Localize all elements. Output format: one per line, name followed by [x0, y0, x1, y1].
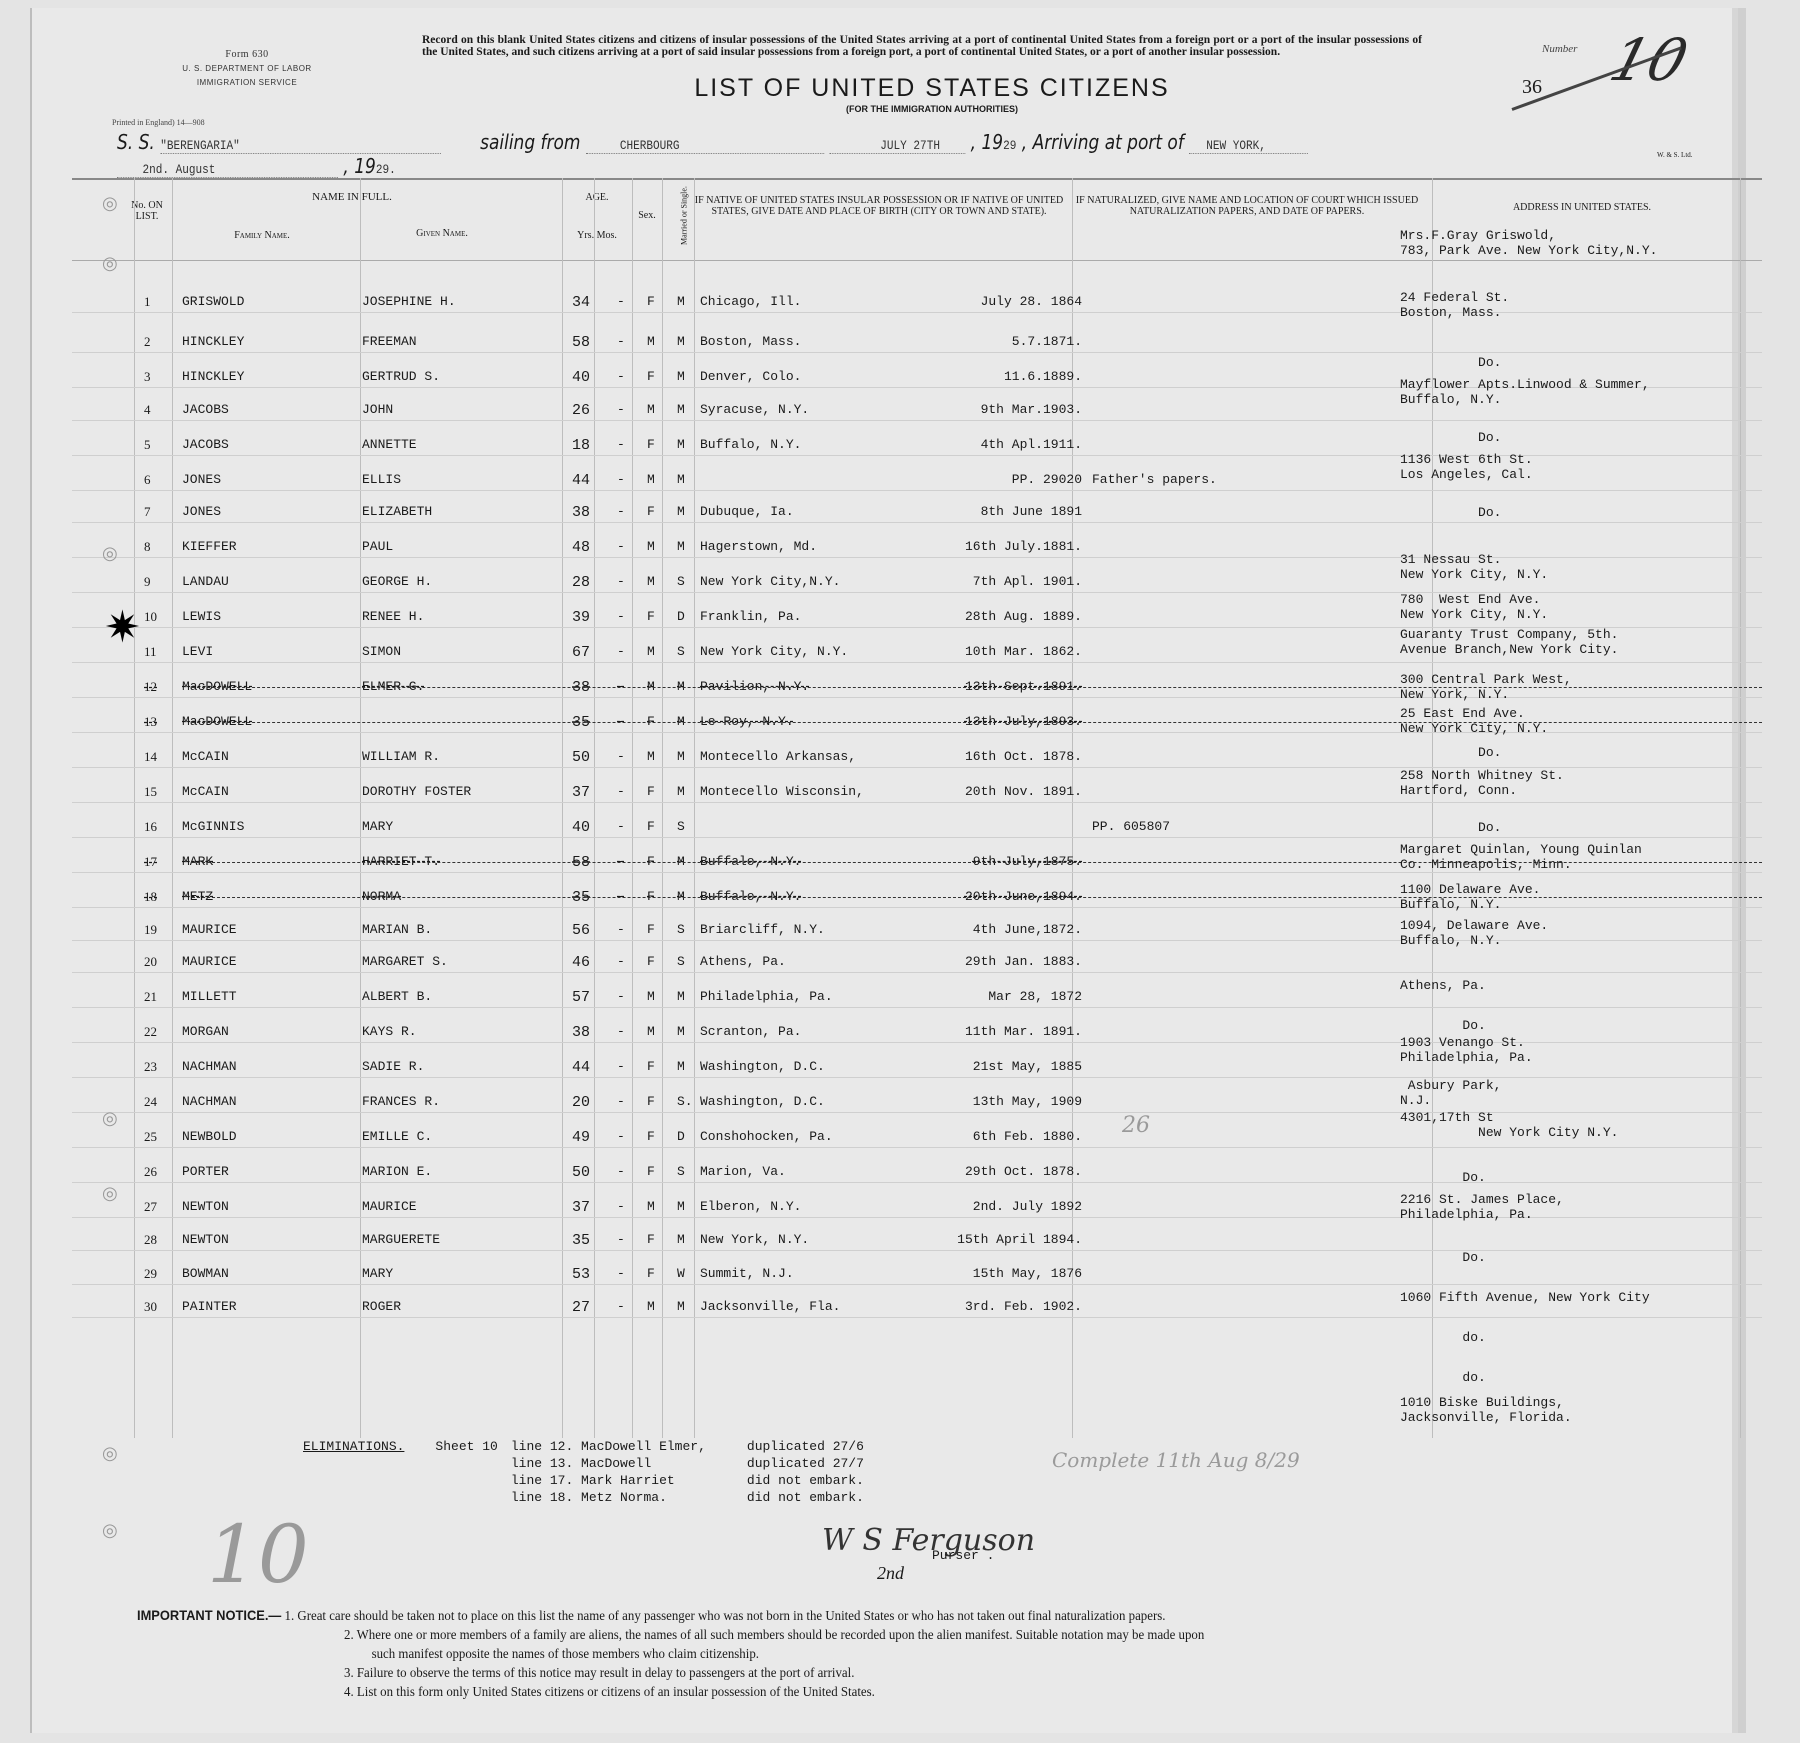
service: IMMIGRATION SERVICE: [132, 76, 362, 90]
row-number: 10: [144, 609, 157, 625]
header-age: AGE.: [562, 192, 632, 203]
family-name: NEWTON: [182, 1232, 229, 1247]
birth-date: 29th Oct. 1878.: [872, 1164, 1082, 1179]
form-instructions: Record on this blank United States citiz…: [422, 34, 1422, 58]
ss-label: S. S.: [117, 130, 155, 154]
marital-status: M: [677, 334, 685, 349]
table-row: 16McGINNISMARY40-FSPP. 605807: [72, 799, 1762, 838]
marital-status: M: [677, 1232, 685, 1247]
family-name: MacDOWELL: [182, 679, 252, 694]
birth-date: July 28. 1864: [872, 294, 1082, 309]
address-entry: 4301,17th St New York City N.Y.: [1400, 1110, 1618, 1140]
birth-place: Montecello Arkansas,: [700, 749, 856, 764]
birth-date: 3rd. Feb. 1902.: [872, 1299, 1082, 1314]
table-row: 24NACHMANFRANCES R.20-FS.Washington, D.C…: [72, 1074, 1762, 1113]
sex: M: [647, 644, 655, 659]
row-number: 14: [144, 749, 157, 765]
birth-date: 8th June 1891: [872, 504, 1082, 519]
address-entry: Do.: [1400, 820, 1501, 835]
age-months: -: [617, 644, 625, 659]
row-number: 21: [144, 989, 157, 1005]
address-entry: 2216 St. James Place, Philadelphia, Pa.: [1400, 1192, 1564, 1222]
elimination-sheet-cell: [434, 1455, 509, 1472]
row-number: 24: [144, 1094, 157, 1110]
eliminations-title: ELIMINATIONS.: [303, 1439, 404, 1454]
birth-place: New York City, N.Y.: [700, 644, 848, 659]
age-months: -: [617, 1299, 625, 1314]
birth-date: 13th July,1893.: [872, 714, 1082, 729]
elimination-note: did not embark.: [746, 1472, 865, 1489]
birth-date: 28th Aug. 1889.: [872, 609, 1082, 624]
year-prefix-2: , 19: [343, 154, 375, 178]
marital-status: M: [677, 784, 685, 799]
marital-status: S: [677, 1164, 685, 1179]
marital-status: M: [677, 437, 685, 452]
notice-item-4: 4. List on this form only United States …: [137, 1683, 1637, 1702]
printed-note: Printed in England) 14—908: [112, 118, 205, 127]
address-entry: Guaranty Trust Company, 5th. Avenue Bran…: [1400, 627, 1618, 657]
sailing-label: sailing from: [480, 130, 580, 154]
birth-place: Hagerstown, Md.: [700, 539, 817, 554]
sex: F: [647, 437, 655, 452]
elimination-title-cell: [302, 1489, 434, 1506]
form-number: Form 630: [132, 48, 362, 62]
sex: F: [647, 714, 655, 729]
row-number: 9: [144, 574, 151, 590]
pencil-note-10: 10: [207, 1508, 309, 1601]
starburst-mark-icon: ✷: [104, 606, 141, 650]
birth-date: 10th Mar. 1862.: [872, 644, 1082, 659]
punch-hole-icon: ◎: [102, 1183, 118, 1204]
address-entry: Athens, Pa.: [1400, 978, 1486, 993]
given-name: WILLIAM R.: [362, 749, 440, 764]
address-entry: 1100 Delaware Ave. Buffalo, N.Y.: [1400, 882, 1540, 912]
manifest-sheet: Form 630 U. S. DEPARTMENT OF LABOR IMMIG…: [30, 8, 1732, 1733]
birth-place: Jacksonville, Fla.: [700, 1299, 840, 1314]
age-months: -: [617, 402, 625, 417]
sex: F: [647, 954, 655, 969]
family-name: PAINTER: [182, 1299, 237, 1314]
notice-label: IMPORTANT NOTICE.—: [137, 1607, 281, 1623]
address-entry: 1903 Venango St. Philadelphia, Pa.: [1400, 1035, 1533, 1065]
birth-place: Syracuse, N.Y.: [700, 402, 809, 417]
family-name: MacDOWELL: [182, 714, 252, 729]
purser-signature: W S Ferguson: [822, 1523, 1035, 1558]
given-name: DOROTHY FOSTER: [362, 784, 471, 799]
age-months: -: [617, 504, 625, 519]
age-months: -: [617, 294, 625, 309]
given-name: ELIZABETH: [362, 504, 432, 519]
year-prefix: , 19: [971, 130, 1003, 154]
marital-status: D: [677, 1129, 685, 1144]
age-months: -: [617, 334, 625, 349]
sex: M: [647, 749, 655, 764]
header-no-on-list: No. ON LIST.: [122, 200, 172, 222]
birth-place: Athens, Pa.: [700, 954, 786, 969]
birth-date: 29th Jan. 1883.: [872, 954, 1082, 969]
elimination-row: ELIMINATIONS.Sheet 10line 12. MacDowell …: [302, 1438, 865, 1455]
elimination-sheet-cell: [434, 1489, 509, 1506]
birth-date: 13th Sept.1891.: [872, 679, 1082, 694]
age-months: -: [617, 1094, 625, 1109]
elimination-title-cell: ELIMINATIONS.: [302, 1438, 434, 1455]
age-months: -: [617, 539, 625, 554]
marital-status: M: [677, 989, 685, 1004]
sex: F: [647, 819, 655, 834]
family-name: LEVI: [182, 644, 213, 659]
address-entry: do.: [1400, 1330, 1486, 1345]
birth-date: 20th Nov. 1891.: [872, 784, 1082, 799]
address-entry: 258 North Whitney St. Hartford, Conn.: [1400, 768, 1564, 798]
header-name-in-full: NAME IN FULL.: [172, 192, 532, 203]
birth-place: Buffalo, N.Y.: [700, 854, 801, 869]
row-number: 2: [144, 334, 151, 350]
pencil-note-26: 26: [1122, 1113, 1150, 1138]
table-row: 21MILLETTALBERT B.57-MMPhiladelphia, Pa.…: [72, 969, 1762, 1008]
address-entry: 1136 West 6th St. Los Angeles, Cal.: [1400, 452, 1533, 482]
family-name: MAURICE: [182, 954, 237, 969]
address-entry: 300 Central Park West, New York, N.Y.: [1400, 672, 1572, 702]
sex: F: [647, 294, 655, 309]
marital-status: M: [677, 539, 685, 554]
age-months: -: [617, 437, 625, 452]
sex: M: [647, 574, 655, 589]
arrive-date: 2nd. August: [117, 162, 338, 178]
notice-item-3: 3. Failure to observe the terms of this …: [137, 1664, 1637, 1683]
row-number: 23: [144, 1059, 157, 1075]
elimination-row: line 17. Mark Harrietdid not embark.: [302, 1472, 865, 1489]
family-name: NEWBOLD: [182, 1129, 237, 1144]
birth-place: Dubuque, Ia.: [700, 504, 794, 519]
table-row: 26PORTERMARION E.50-FSMarion, Va.29th Oc…: [72, 1144, 1762, 1183]
given-name: ELMER G.: [362, 679, 424, 694]
header-naturalized: IF NATURALIZED, GIVE NAME AND LOCATION O…: [1072, 195, 1422, 217]
address-entry: 31 Nessau St. New York City, N.Y.: [1400, 552, 1548, 582]
eliminations-table: ELIMINATIONS.Sheet 10line 12. MacDowell …: [302, 1438, 865, 1506]
sex: M: [647, 1024, 655, 1039]
birth-place: Washington, D.C.: [700, 1059, 825, 1074]
header-married-single: Married or Single.: [679, 186, 690, 246]
purser-title: Purser .: [932, 1548, 994, 1563]
age-months: -: [617, 784, 625, 799]
elimination-line: line 13. MacDowell: [510, 1455, 746, 1472]
row-number: 5: [144, 437, 151, 453]
family-name: McGINNIS: [182, 819, 244, 834]
birth-date: 16th Oct. 1878.: [872, 749, 1082, 764]
row-number: 4: [144, 402, 151, 418]
family-name: LEWIS: [182, 609, 221, 624]
voyage-line: S. S. "BERENGARIA" sailing from CHERBOUR…: [117, 130, 1452, 160]
address-entry: Do.: [1400, 355, 1501, 370]
address-entry: 1060 Fifth Avenue, New York City: [1400, 1290, 1650, 1305]
birth-place: Boston, Mass.: [700, 334, 801, 349]
punch-hole-icon: ◎: [102, 1520, 118, 1541]
family-name: McCAIN: [182, 749, 229, 764]
family-name: PORTER: [182, 1164, 229, 1179]
marital-status: M: [677, 504, 685, 519]
page-subtitle: (FOR THE IMMIGRATION AUTHORITIES): [632, 104, 1232, 114]
elimination-note: duplicated 27/7: [746, 1455, 865, 1472]
arriving-label: , Arriving at port of: [1022, 130, 1184, 154]
elimination-sheet-cell: [434, 1472, 509, 1489]
address-entry: 780 West End Ave. New York City, N.Y.: [1400, 592, 1548, 622]
given-name: HARRIET T.: [362, 854, 440, 869]
sex: F: [647, 1232, 655, 1247]
address-entry: Do.: [1400, 1170, 1486, 1185]
given-name: EMILLE C.: [362, 1129, 432, 1144]
birth-place: Chicago, Ill.: [700, 294, 801, 309]
marital-status: M: [677, 854, 685, 869]
birth-place: Marion, Va.: [700, 1164, 786, 1179]
marital-status: M: [677, 1024, 685, 1039]
address-entry: Mayflower Apts.Linwood & Summer, Buffalo…: [1400, 377, 1650, 407]
header-given-name: Given Name.: [352, 228, 532, 239]
birth-date: 15th April 1894.: [872, 1232, 1082, 1247]
address-entry: Do.: [1400, 430, 1501, 445]
birth-place: New York City,N.Y.: [700, 574, 840, 589]
marital-status: S: [677, 644, 685, 659]
age-months: -: [617, 679, 625, 694]
birth-place: Montecello Wisconsin,: [700, 784, 864, 799]
marital-status: S: [677, 954, 685, 969]
given-name: MARION E.: [362, 1164, 432, 1179]
family-name: JONES: [182, 504, 221, 519]
elimination-sheet-cell: Sheet 10: [434, 1438, 509, 1455]
row-number: 22: [144, 1024, 157, 1040]
address-entry: Margaret Quinlan, Young Quinlan Co. Minn…: [1400, 842, 1642, 872]
family-name: McCAIN: [182, 784, 229, 799]
birth-place: Scranton, Pa.: [700, 1024, 801, 1039]
address-entry: 1094, Delaware Ave. Buffalo, N.Y.: [1400, 918, 1548, 948]
given-name: MARGUERETE: [362, 1232, 440, 1247]
age-months: -: [617, 854, 625, 869]
header-yrs-mos: Yrs. Mos.: [562, 230, 632, 241]
birth-place: Le Roy, N.Y.: [700, 714, 794, 729]
row-number: 13: [144, 714, 157, 730]
family-name: GRISWOLD: [182, 294, 244, 309]
punch-hole-icon: ◎: [102, 1108, 118, 1129]
header-sex: Sex.: [632, 210, 662, 221]
sex: M: [647, 334, 655, 349]
birth-date: 6th Feb. 1880.: [872, 1129, 1082, 1144]
pencil-note-complete: Complete 11th Aug 8/29: [1052, 1448, 1300, 1472]
given-name: ROGER: [362, 1299, 401, 1314]
marital-status: S: [677, 819, 685, 834]
elimination-line: line 12. MacDowell Elmer,: [510, 1438, 746, 1455]
birth-date: 13th May, 1909: [872, 1094, 1082, 1109]
given-name: RENEE H.: [362, 609, 424, 624]
address-entry: Mrs.F.Gray Griswold, 783, Park Ave. New …: [1400, 228, 1657, 258]
family-name: MARK: [182, 854, 213, 869]
sex: F: [647, 504, 655, 519]
row-number: 12: [144, 679, 157, 695]
given-name: MARY: [362, 819, 393, 834]
birth-date: Mar 28, 1872: [872, 989, 1082, 1004]
given-name: PAUL: [362, 539, 393, 554]
age-months: -: [617, 1232, 625, 1247]
row-number: 11: [144, 644, 157, 660]
marital-status: D: [677, 609, 685, 624]
elimination-title-cell: [302, 1455, 434, 1472]
elimination-line: line 17. Mark Harriet: [510, 1472, 746, 1489]
family-name: JACOBS: [182, 402, 229, 417]
sex: F: [647, 854, 655, 869]
family-name: MORGAN: [182, 1024, 229, 1039]
age-months: -: [617, 1024, 625, 1039]
marital-status: M: [677, 1059, 685, 1074]
birth-date: 21st May, 1885: [872, 1059, 1082, 1074]
age-months: -: [617, 574, 625, 589]
birth-place: Washington, D.C.: [700, 1094, 825, 1109]
punch-hole-icon: ◎: [102, 543, 118, 564]
marital-status: M: [677, 749, 685, 764]
given-name: ANNETTE: [362, 437, 417, 452]
sail-year: 29: [1003, 138, 1016, 153]
eliminations: ELIMINATIONS.Sheet 10line 12. MacDowell …: [302, 1438, 865, 1506]
sex: F: [647, 1129, 655, 1144]
sail-date: JULY 27TH: [829, 138, 965, 154]
department: U. S. DEPARTMENT OF LABOR: [132, 62, 362, 76]
given-name: FREEMAN: [362, 334, 417, 349]
row-number: 1: [144, 294, 151, 310]
given-name: SIMON: [362, 644, 401, 659]
signature-prefix: 2nd: [877, 1563, 904, 1584]
given-name: MARGARET S.: [362, 954, 448, 969]
sex: F: [647, 1059, 655, 1074]
row-number: 16: [144, 819, 157, 835]
notice-item-2: 2. Where one or more members of a family…: [137, 1626, 1637, 1645]
family-name: HINCKLEY: [182, 334, 244, 349]
address-entry: Do.: [1400, 1018, 1486, 1033]
table-row: 5JACOBSANNETTE18-FMBuffalo, N.Y.4th Apl.…: [72, 417, 1762, 456]
age-months: -: [617, 714, 625, 729]
page-title: LIST OF UNITED STATES CITIZENS: [632, 74, 1232, 103]
port-from: CHERBOURG: [586, 138, 824, 154]
birth-date: 4th Apl.1911.: [872, 437, 1082, 452]
sex: M: [647, 539, 655, 554]
marital-status: M: [677, 679, 685, 694]
marital-status: S.: [677, 1094, 693, 1109]
table-row: 7JONESELIZABETH38-FMDubuque, Ia.8th June…: [72, 484, 1762, 523]
address-entry: 24 Federal St. Boston, Mass.: [1400, 290, 1509, 320]
number-label: Number: [1542, 43, 1577, 55]
punch-hole-icon: ◎: [102, 253, 118, 274]
birth-place: Buffalo, N.Y.: [700, 437, 801, 452]
header-family-name: Family Name.: [172, 230, 352, 241]
address-entry: Do.: [1400, 1250, 1486, 1265]
given-name: FRANCES R.: [362, 1094, 440, 1109]
address-entry: 1010 Biske Buildings, Jacksonville, Flor…: [1400, 1395, 1572, 1425]
age-months: -: [617, 1059, 625, 1074]
marital-status: M: [677, 402, 685, 417]
family-name: MILLETT: [182, 989, 237, 1004]
age-months: -: [617, 749, 625, 764]
row-number: 7: [144, 504, 151, 520]
punch-hole-icon: ◎: [102, 1443, 118, 1464]
given-name: SADIE R.: [362, 1059, 424, 1074]
arrive-year: 29.: [376, 162, 396, 177]
age-months: -: [617, 819, 625, 834]
elimination-note: duplicated 27/6: [746, 1438, 865, 1455]
row-number: 15: [144, 784, 157, 800]
notice-item-1: 1. Great care should be taken not to pla…: [285, 1609, 1166, 1624]
marital-status: M: [677, 714, 685, 729]
address-entry: Do.: [1400, 505, 1501, 520]
elimination-title-cell: [302, 1472, 434, 1489]
birth-date: 11th Mar. 1891.: [872, 1024, 1082, 1039]
address-entry: Asbury Park, N.J.: [1400, 1078, 1501, 1108]
birth-place: Conshohocken, Pa.: [700, 1129, 833, 1144]
sex: M: [647, 402, 655, 417]
address-entry: do.: [1400, 1370, 1486, 1385]
sex: F: [647, 609, 655, 624]
given-name: KAYS R.: [362, 1024, 417, 1039]
age-months: -: [617, 609, 625, 624]
family-name: KIEFFER: [182, 539, 237, 554]
birth-place: Philadelphia, Pa.: [700, 989, 833, 1004]
birth-place: New York, N.Y.: [700, 1232, 809, 1247]
header-address: ADDRESS IN UNITED STATES.: [1432, 202, 1732, 213]
family-name: NACHMAN: [182, 1059, 237, 1074]
sex: M: [647, 989, 655, 1004]
elimination-line: line 18. Metz Norma.: [510, 1489, 746, 1506]
port-to: NEW YORK,: [1189, 138, 1308, 154]
form-identifier: Form 630 U. S. DEPARTMENT OF LABOR IMMIG…: [132, 48, 362, 90]
given-name: JOSEPHINE H.: [362, 294, 456, 309]
notice-item-2-cont: such manifest opposite the names of thos…: [137, 1645, 1637, 1664]
birth-place: Franklin, Pa.: [700, 609, 801, 624]
age-months: -: [617, 989, 625, 1004]
sex: F: [647, 784, 655, 799]
row-number: 30: [144, 1299, 157, 1315]
ship-name: "BERENGARIA": [160, 138, 441, 154]
family-name: NACHMAN: [182, 1094, 237, 1109]
address-entry: 25 East End Ave. New York City, N.Y.: [1400, 706, 1548, 736]
sex: M: [647, 679, 655, 694]
header-native: IF NATIVE OF UNITED STATES INSULAR POSSE…: [694, 195, 1064, 217]
passenger-table: No. ON LIST. NAME IN FULL. Family Name. …: [72, 178, 1762, 1438]
row-number: 20: [144, 954, 157, 970]
sheet-stamp: 36: [1522, 76, 1542, 99]
row-number: 26: [144, 1164, 157, 1180]
birth-date: 9th July,1875.: [872, 854, 1082, 869]
birth-place: Pavilion, N.Y.: [700, 679, 809, 694]
address-entry: Do.: [1400, 745, 1501, 760]
naturalization: PP. 605807: [1092, 819, 1422, 834]
sex: F: [647, 1094, 655, 1109]
given-name: ALBERT B.: [362, 989, 432, 1004]
age-months: -: [617, 1164, 625, 1179]
age-months: -: [617, 1129, 625, 1144]
row-number: 8: [144, 539, 151, 555]
elimination-row: line 18. Metz Norma.did not embark.: [302, 1489, 865, 1506]
age-months: -: [617, 954, 625, 969]
important-notice: IMPORTANT NOTICE.— 1. Great care should …: [137, 1606, 1637, 1702]
family-name: LANDAU: [182, 574, 229, 589]
given-name: GEORGE H.: [362, 574, 432, 589]
punch-hole-icon: ◎: [102, 193, 118, 214]
elimination-note: did not embark.: [746, 1489, 865, 1506]
birth-date: 16th July.1881.: [872, 539, 1082, 554]
row-number: 25: [144, 1129, 157, 1145]
printer-mark: W. & S. Ltd.: [1657, 151, 1693, 159]
given-name: JOHN: [362, 402, 393, 417]
birth-date: 9th Mar.1903.: [872, 402, 1082, 417]
age-years: 34: [572, 294, 590, 311]
birth-date: 5.7.1871.: [872, 334, 1082, 349]
family-name: JACOBS: [182, 437, 229, 452]
marital-status: M: [677, 294, 685, 309]
